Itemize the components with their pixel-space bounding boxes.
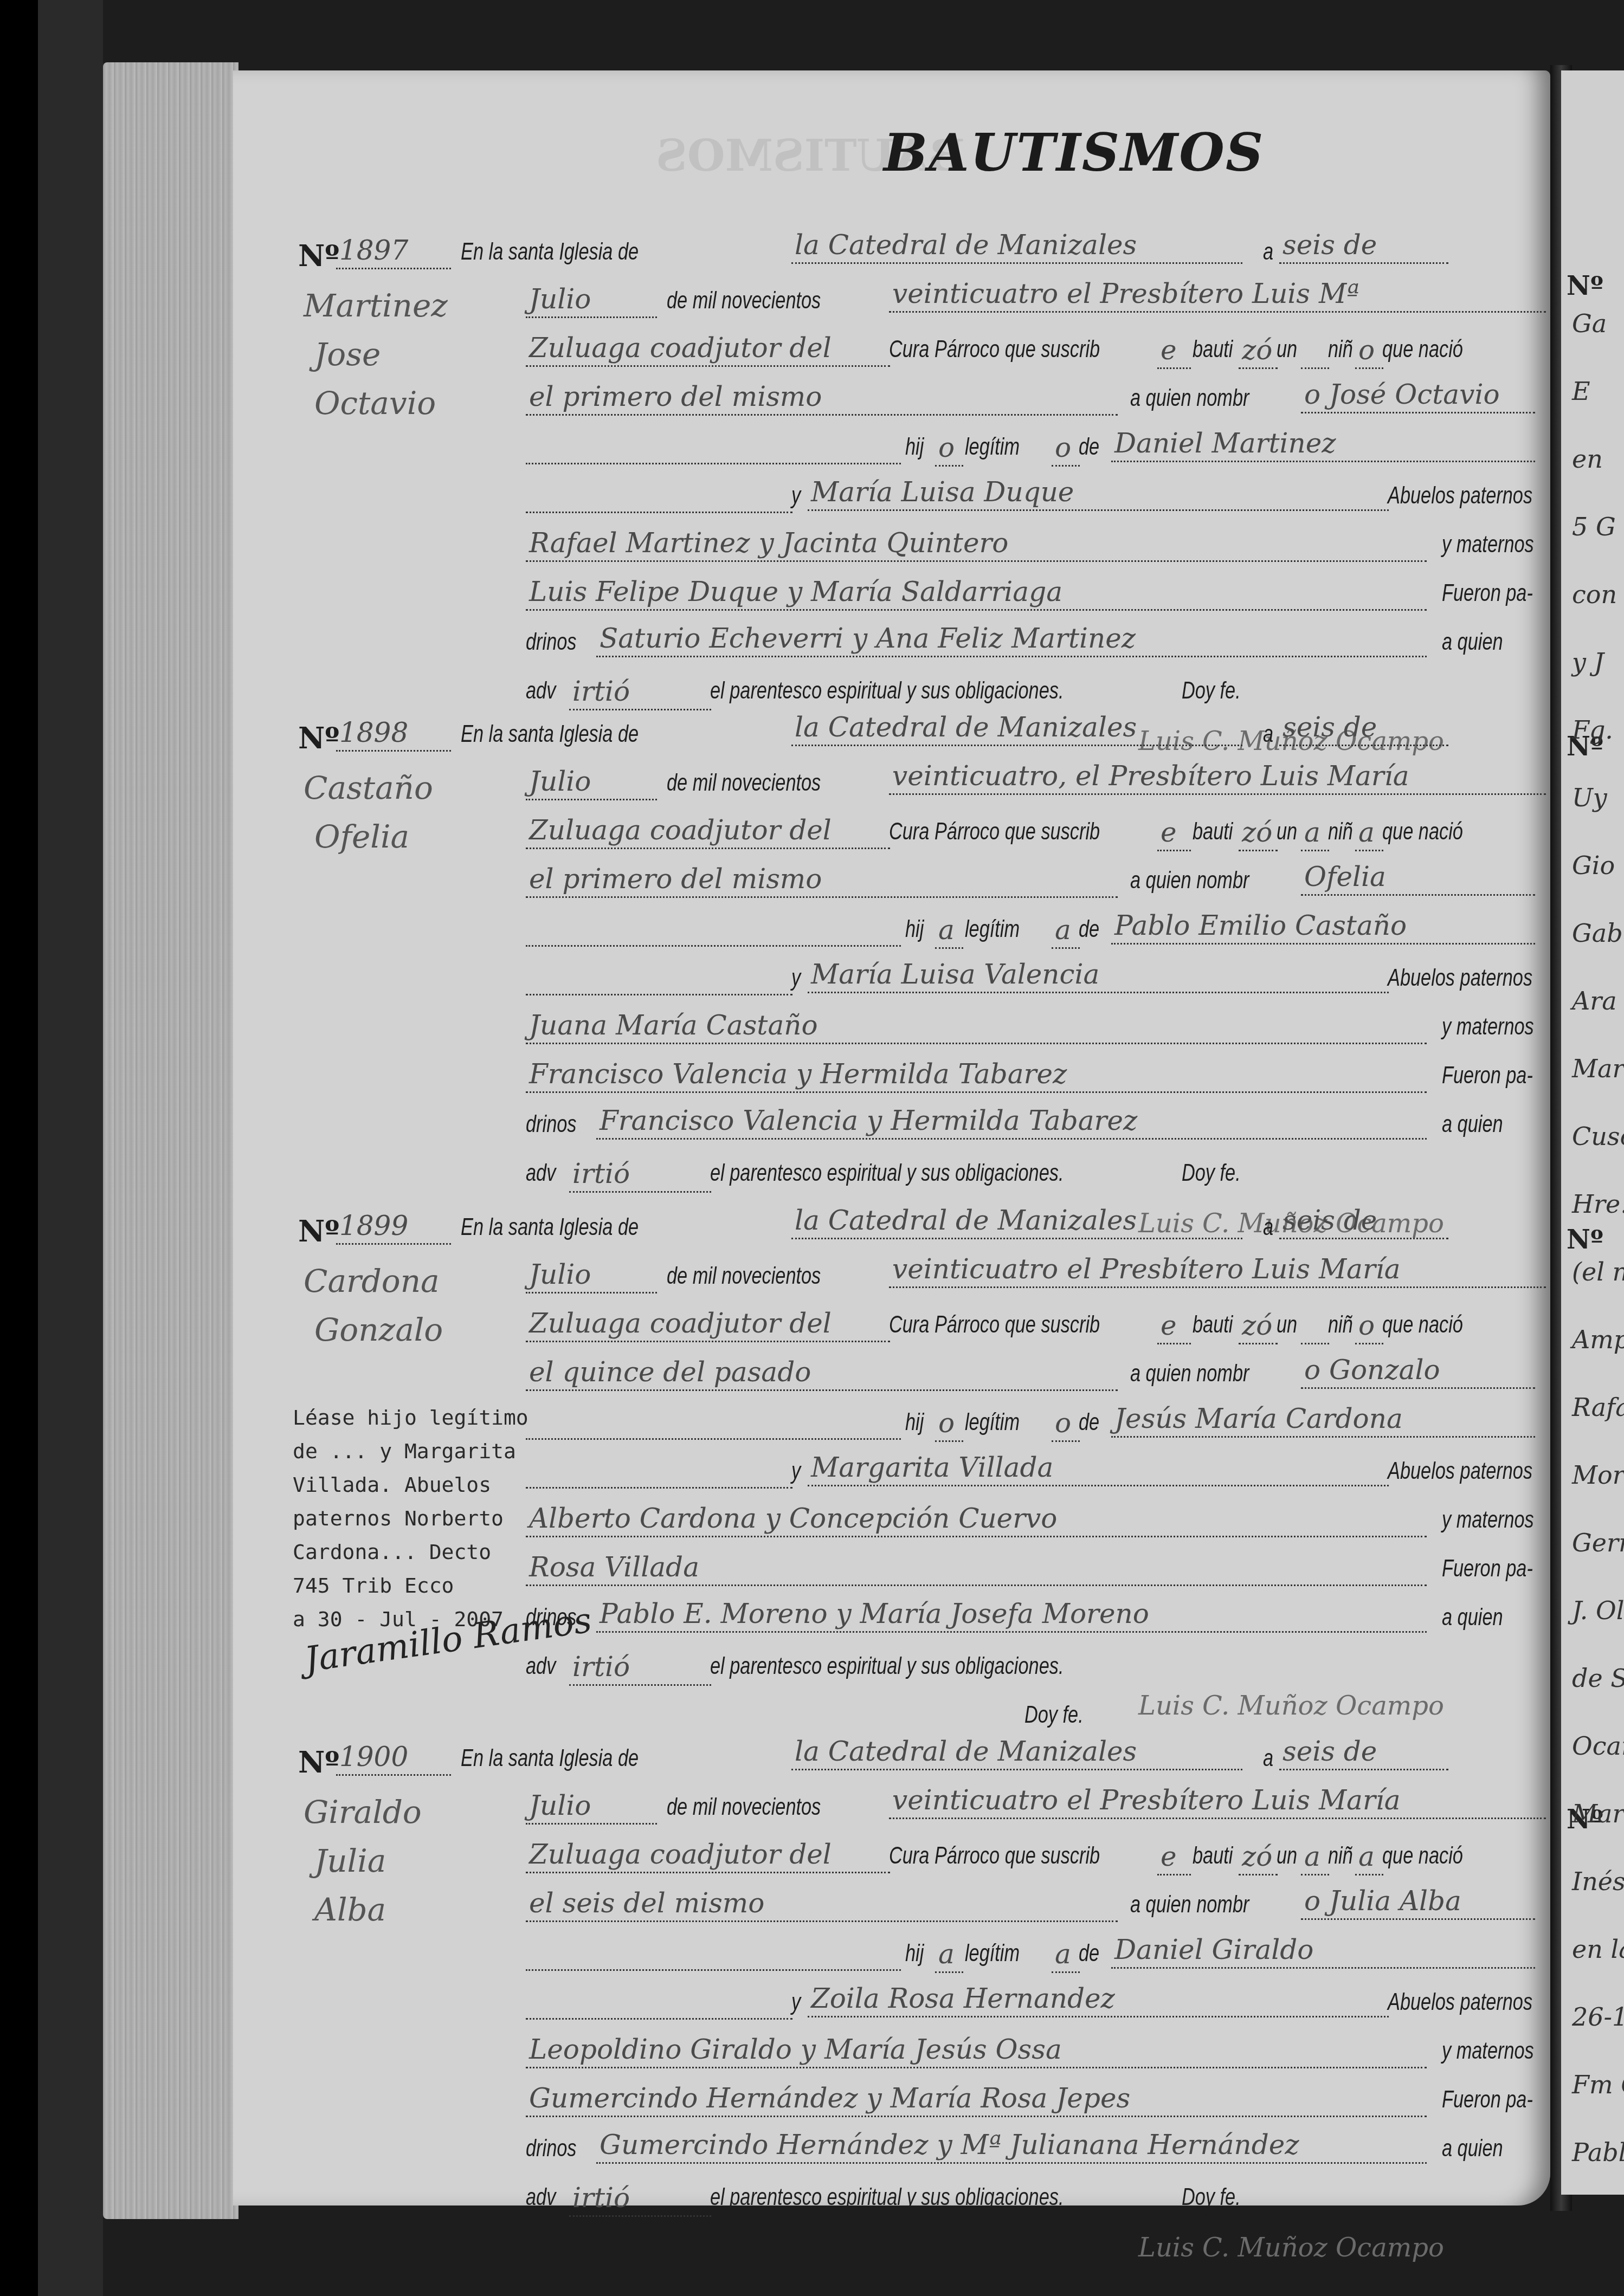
a-label: a <box>1263 1214 1273 1241</box>
blank-line <box>526 428 901 464</box>
adjacent-text-fragment: Fm Gal <box>1572 2070 1624 2099</box>
father-value: Pablo Emilio Castaño <box>1111 908 1535 945</box>
year-minister-value: veinticuatro el Presbítero Luis María <box>889 1783 1546 1819</box>
un-label: un <box>1277 336 1297 363</box>
named-label: a quien nombr <box>1130 867 1249 894</box>
adv-label: adv <box>526 1653 556 1680</box>
father-value: Jesús María Cardona <box>1111 1401 1535 1438</box>
legitim-suffix: o <box>1052 1406 1080 1442</box>
born-label: que nació <box>1382 1311 1463 1338</box>
maternal-grandparents-label: y maternos <box>1442 1013 1534 1040</box>
un-label: un <box>1277 818 1297 845</box>
un-label: un <box>1277 1842 1297 1870</box>
church-name: la Catedral de Manizales <box>791 1203 1242 1239</box>
day-value: seis de <box>1279 228 1448 264</box>
bauti-suffix: zó <box>1239 815 1278 851</box>
adv-suffix: irtió <box>569 674 711 710</box>
drinos-label: drinos <box>526 2135 576 2162</box>
born-label: que nació <box>1382 818 1463 845</box>
godparents-label: Fueron pa- <box>1442 2086 1533 2113</box>
adjacent-text-fragment: Fg. <box>1572 715 1613 745</box>
adjacent-text-fragment: Pablo Fe <box>1572 2138 1624 2167</box>
adjacent-page: NºNºNºNºGaEen5 Gcony JFg.UyGioGabAraMarC… <box>1561 70 1624 2195</box>
month-value: Julio <box>526 1788 657 1825</box>
godparents-value: Pablo E. Moreno y María Josefa Moreno <box>596 1596 1427 1633</box>
adjacent-text-fragment: Inés <box>1572 1867 1624 1896</box>
legitim-suffix: a <box>1052 1937 1080 1973</box>
to-whom-label: a quien <box>1442 629 1503 656</box>
adjacent-text-fragment: E <box>1572 377 1590 406</box>
adjacent-text-fragment: y J <box>1572 648 1604 677</box>
of-label: de <box>1079 434 1099 461</box>
hij-suffix: o <box>935 1406 963 1442</box>
year-minister-value: veinticuatro, el Presbítero Luis María <box>889 759 1546 795</box>
obligations-text: el parentesco espiritual y sus obligacio… <box>710 1160 1064 1187</box>
paternal-grandparents-value: Leopoldino Giraldo y María Jesús Ossa <box>526 2032 1427 2068</box>
baptized-label: bauti <box>1193 1842 1233 1870</box>
maternal-grandparents-value: Rosa Villada <box>526 1550 1427 1586</box>
adv-suffix: irtió <box>569 1650 711 1686</box>
child-name-value: o Gonzalo <box>1301 1353 1535 1389</box>
named-label: a quien nombr <box>1130 1360 1249 1387</box>
baptized-label: bauti <box>1193 336 1233 363</box>
suscrib-suffix: e <box>1157 333 1191 369</box>
mother-value: Margarita Villada <box>808 1450 1389 1486</box>
church-label: En la santa Iglesia de <box>461 721 639 748</box>
year-label: de mil novecientos <box>667 1263 821 1290</box>
adv-suffix: irtió <box>569 1156 711 1193</box>
obligations-text: el parentesco espiritual y sus obligacio… <box>710 1653 1064 1680</box>
bauti-suffix: zó <box>1239 333 1278 369</box>
blank-line <box>526 1935 901 1971</box>
maternal-grandparents-label: y maternos <box>1442 2038 1534 2065</box>
hij-label: hij <box>905 916 924 943</box>
adjacent-text-fragment: Ga <box>1572 309 1607 338</box>
child-label: niñ <box>1328 1311 1353 1338</box>
father-value: Daniel Martinez <box>1111 426 1535 462</box>
number-label: Nº <box>298 1214 339 1249</box>
year-label: de mil novecientos <box>667 769 821 797</box>
mother-value: María Luisa Valencia <box>808 957 1389 993</box>
maternal-grandparents-value: Gumercindo Hernández y María Rosa Jepes <box>526 2081 1427 2117</box>
adv-label: adv <box>526 1160 556 1187</box>
entry-number: 1900 <box>336 1739 451 1776</box>
hij-label: hij <box>905 1409 924 1436</box>
of-label: de <box>1079 1940 1099 1967</box>
to-whom-label: a quien <box>1442 2135 1503 2162</box>
a-label: a <box>1263 1745 1273 1772</box>
margin-name: Castaño <box>304 769 433 806</box>
paternal-grandparents-label: Abuelos paternos <box>1388 1458 1532 1485</box>
legitim-label: legítim <box>965 434 1020 461</box>
church-name: la Catedral de Manizales <box>791 228 1242 264</box>
birth-date-value: el seis del mismo <box>526 1886 1118 1922</box>
and-label: y <box>791 1458 801 1485</box>
month-value: Julio <box>526 1257 657 1293</box>
mother-value: Zoila Rosa Hernandez <box>808 1981 1389 2017</box>
margin-name: Giraldo <box>304 1794 422 1831</box>
legitim-suffix: o <box>1052 430 1080 467</box>
child-label: niñ <box>1328 336 1353 363</box>
un-label: un <box>1277 1311 1297 1338</box>
birth-date-value: el quince del pasado <box>526 1355 1118 1391</box>
hij-label: hij <box>905 1940 924 1967</box>
child-label: niñ <box>1328 818 1353 845</box>
margin-name: Alba <box>314 1891 386 1928</box>
blank-line <box>526 910 901 947</box>
adjacent-text-fragment: Ampu <box>1572 1325 1624 1354</box>
church-name: la Catedral de Manizales <box>791 710 1242 746</box>
year-label: de mil novecientos <box>667 287 821 314</box>
a-label: a <box>1263 721 1273 748</box>
church-label: En la santa Iglesia de <box>461 1214 639 1241</box>
year-minister-value: veinticuatro el Presbítero Luis María <box>889 1252 1546 1288</box>
hij-suffix: a <box>935 913 963 949</box>
adjacent-text-fragment: Germán <box>1572 1528 1624 1557</box>
adjacent-text-fragment: en <box>1572 444 1603 474</box>
adjacent-text-fragment: Uy <box>1572 783 1607 812</box>
suscrib-suffix: e <box>1157 1839 1191 1875</box>
godparents-label: Fueron pa- <box>1442 1555 1533 1582</box>
margin-name: Jose <box>314 336 381 373</box>
adv-label: adv <box>526 2184 556 2211</box>
paternal-grandparents-value: Rafael Martinez y Jacinta Quintero <box>526 526 1427 562</box>
hij-label: hij <box>905 434 924 461</box>
bauti-suffix: zó <box>1239 1308 1278 1344</box>
page-edges <box>103 62 239 2219</box>
doy-fe-label: Doy fe. <box>1182 1160 1241 1187</box>
doy-fe-label: Doy fe. <box>1182 2184 1241 2211</box>
child-label: niñ <box>1328 1842 1353 1870</box>
adv-label: adv <box>526 677 556 704</box>
adjacent-text-fragment: Cusó en <box>1572 1122 1624 1151</box>
blank-line <box>526 1452 792 1489</box>
adjacent-text-fragment: (el nom <box>1572 1257 1624 1286</box>
priest-label: Cura Párroco que suscrib <box>889 818 1100 845</box>
adjacent-text-fragment: Ocam <box>1572 1731 1624 1761</box>
child-name-value: Ofelia <box>1301 859 1535 896</box>
and-label: y <box>791 965 801 992</box>
entry-number: 1897 <box>336 233 451 269</box>
church-label: En la santa Iglesia de <box>461 1745 639 1772</box>
mother-value: María Luisa Duque <box>808 475 1389 511</box>
legitim-label: legítim <box>965 916 1020 943</box>
minister-continued: Zuluaga coadjutor del <box>526 1306 890 1342</box>
un-suffix: a <box>1301 1839 1329 1875</box>
adjacent-text-fragment: en la Ca <box>1572 1935 1624 1964</box>
adjacent-text-fragment: Moren <box>1572 1460 1624 1490</box>
blank-line <box>526 477 792 513</box>
drinos-label: drinos <box>526 1111 576 1138</box>
blank-line <box>526 1983 792 2020</box>
paternal-grandparents-label: Abuelos paternos <box>1388 482 1532 509</box>
baptized-label: bauti <box>1193 1311 1233 1338</box>
paternal-grandparents-value: Juana María Castaño <box>526 1008 1427 1044</box>
year-minister-value: veinticuatro el Presbítero Luis Mª <box>889 276 1546 313</box>
un-suffix <box>1301 333 1329 369</box>
child-name-value: o José Octavio <box>1301 377 1535 413</box>
blank-line <box>526 959 792 995</box>
to-whom-label: a quien <box>1442 1604 1503 1631</box>
named-label: a quien nombr <box>1130 385 1249 412</box>
month-value: Julio <box>526 764 657 800</box>
child-suffix: a <box>1355 1839 1383 1875</box>
number-label: Nº <box>298 238 339 273</box>
maternal-grandparents-label: y maternos <box>1442 1506 1534 1534</box>
child-suffix: o <box>1355 333 1383 369</box>
suscrib-suffix: e <box>1157 815 1191 851</box>
priest-label: Cura Párroco que suscrib <box>889 1311 1100 1338</box>
to-whom-label: a quien <box>1442 1111 1503 1138</box>
day-value: seis de <box>1279 710 1448 746</box>
doy-fe-label: Doy fe. <box>1182 677 1241 704</box>
entry-number: 1899 <box>336 1208 451 1245</box>
named-label: a quien nombr <box>1130 1891 1249 1918</box>
adjacent-text-fragment: de Saé <box>1572 1664 1624 1693</box>
adjacent-text-fragment: 26-194 <box>1572 2002 1624 2032</box>
godparents-value: Saturio Echeverri y Ana Feliz Martinez <box>596 621 1427 657</box>
drinos-label: drinos <box>526 629 576 656</box>
minister-continued: Zuluaga coadjutor del <box>526 331 890 367</box>
born-label: que nació <box>1382 1842 1463 1870</box>
minister-continued: Zuluaga coadjutor del <box>526 1837 890 1873</box>
month-value: Julio <box>526 282 657 318</box>
priest-label: Cura Párroco que suscrib <box>889 336 1100 363</box>
margin-name: Gonzalo <box>314 1311 443 1348</box>
church-label: En la santa Iglesia de <box>461 238 639 266</box>
adjacent-text-fragment: Rafael <box>1572 1393 1624 1422</box>
page-title: BAUTISMOS <box>884 122 1264 183</box>
godparents-label: Fueron pa- <box>1442 1062 1533 1089</box>
legitim-label: legítim <box>965 1940 1020 1967</box>
child-suffix: o <box>1355 1308 1383 1344</box>
adv-suffix: irtió <box>569 2181 711 2217</box>
margin-name: Martinez <box>304 287 448 324</box>
adjacent-entry-number: Nº <box>1567 1225 1603 1255</box>
suscrib-suffix: e <box>1157 1308 1191 1344</box>
maternal-grandparents-label: y maternos <box>1442 531 1534 558</box>
maternal-grandparents-value: Francisco Valencia y Hermilda Tabarez <box>526 1057 1427 1093</box>
adjacent-text-fragment: Gio <box>1572 851 1615 880</box>
year-label: de mil novecientos <box>667 1794 821 1821</box>
margin-name: Ofelia <box>314 818 409 855</box>
blank-line <box>526 1404 901 1440</box>
father-value: Daniel Giraldo <box>1111 1932 1535 1969</box>
godparents-label: Fueron pa- <box>1442 580 1533 607</box>
adjacent-text-fragment: 5 G <box>1572 512 1616 541</box>
legitim-suffix: a <box>1052 913 1080 949</box>
un-suffix: a <box>1301 815 1329 851</box>
child-name-value: o Julia Alba <box>1301 1884 1535 1920</box>
un-suffix <box>1301 1308 1329 1344</box>
adjacent-entry-number: Nº <box>1567 271 1603 301</box>
and-label: y <box>791 1989 801 2016</box>
adjacent-text-fragment: J. Oliv <box>1572 1596 1624 1625</box>
margin-name: Julia <box>314 1842 386 1879</box>
paternal-grandparents-value: Alberto Cardona y Concepción Cuervo <box>526 1501 1427 1537</box>
paternal-grandparents-label: Abuelos paternos <box>1388 965 1532 992</box>
adjacent-text-fragment: Gab <box>1572 919 1623 948</box>
number-label: Nº <box>298 721 339 755</box>
godparents-value: Francisco Valencia y Hermilda Tabarez <box>596 1103 1427 1140</box>
child-suffix: a <box>1355 815 1383 851</box>
day-value: seis de <box>1279 1734 1448 1770</box>
godparents-value: Gumercindo Hernández y Mª Julianana Hern… <box>596 2127 1427 2164</box>
a-label: a <box>1263 238 1273 266</box>
entry-number: 1898 <box>336 715 451 752</box>
church-name: la Catedral de Manizales <box>791 1734 1242 1770</box>
adjacent-text-fragment: Marí <box>1572 1799 1624 1828</box>
marginal-annotation: Léase hijo legítimo de ... y Margarita V… <box>293 1401 529 1636</box>
obligations-text: el parentesco espiritual y sus obligacio… <box>710 2184 1064 2211</box>
and-label: y <box>791 482 801 509</box>
hij-suffix: a <box>935 1937 963 1973</box>
adjacent-text-fragment: con <box>1572 580 1617 609</box>
margin-name: Cardona <box>304 1263 440 1299</box>
maternal-grandparents-value: Luis Felipe Duque y María Saldarriaga <box>526 574 1427 611</box>
doy-fe-label: Doy fe. <box>1024 1702 1084 1729</box>
birth-date-value: el primero del mismo <box>526 379 1118 416</box>
baptized-label: bauti <box>1193 818 1233 845</box>
of-label: de <box>1079 916 1099 943</box>
adjacent-text-fragment: Ara <box>1572 986 1617 1016</box>
adjacent-text-fragment: Hre. 16 <box>1572 1189 1624 1219</box>
priest-signature: Luis C. Muñoz Ocampo <box>1138 1691 1444 1721</box>
legitim-label: legítim <box>965 1409 1020 1436</box>
birth-date-value: el primero del mismo <box>526 862 1118 898</box>
priest-signature: Luis C. Muñoz Ocampo <box>1138 2233 1444 2263</box>
day-value: seis de <box>1279 1203 1448 1239</box>
hij-suffix: o <box>935 430 963 467</box>
priest-label: Cura Párroco que suscrib <box>889 1842 1100 1870</box>
adjacent-text-fragment: Mar <box>1572 1054 1624 1083</box>
of-label: de <box>1079 1409 1099 1436</box>
born-label: que nació <box>1382 336 1463 363</box>
bauti-suffix: zó <box>1239 1839 1278 1875</box>
number-label: Nº <box>298 1745 339 1780</box>
margin-name: Octavio <box>314 385 436 422</box>
obligations-text: el parentesco espiritual y sus obligacio… <box>710 677 1064 704</box>
minister-continued: Zuluaga coadjutor del <box>526 813 890 849</box>
paternal-grandparents-label: Abuelos paternos <box>1388 1989 1532 2016</box>
book-spine <box>38 0 103 2296</box>
